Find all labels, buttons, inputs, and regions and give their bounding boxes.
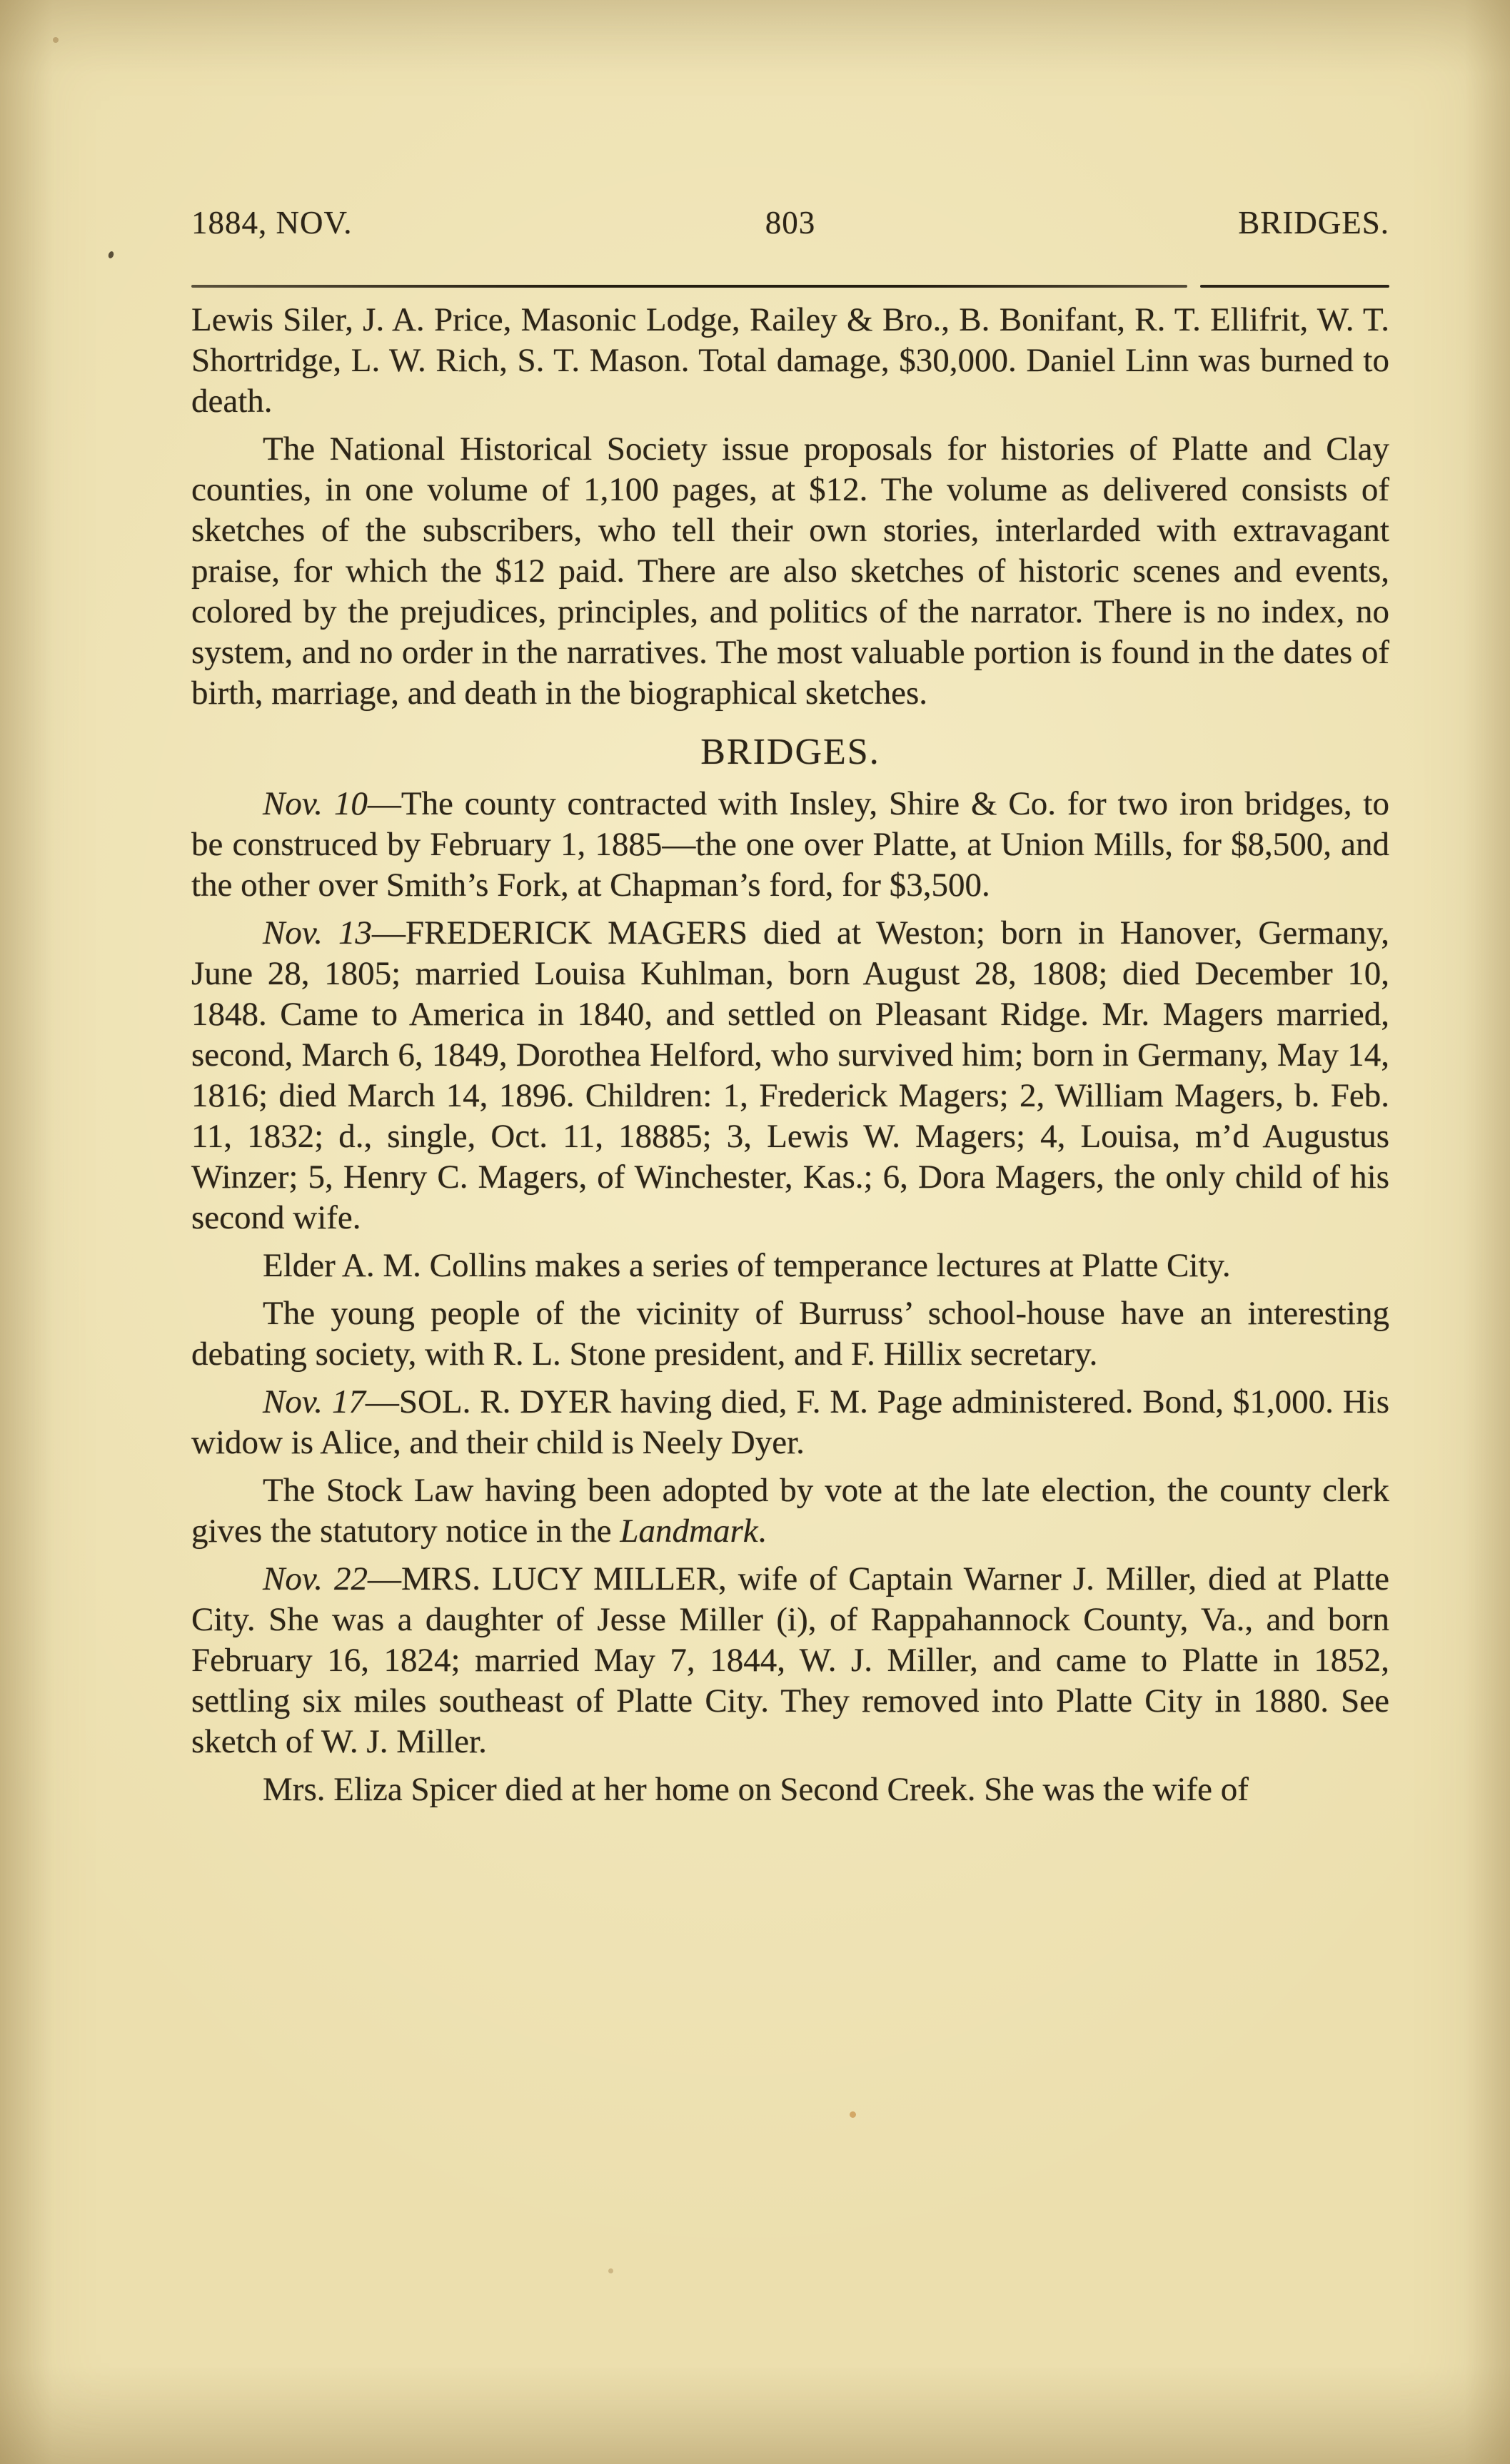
text-run: The Stock Law having been adopted by vot… — [191, 1472, 1389, 1550]
foxing-speck — [850, 2111, 856, 2118]
paragraph: The Stock Law having been adopted by vot… — [191, 1470, 1389, 1552]
paragraph: Nov. 10—The county contracted with Insle… — [191, 784, 1389, 906]
text-run: . — [758, 1513, 767, 1550]
paragraph: The young people of the vicinity of Burr… — [191, 1293, 1389, 1375]
paragraph: The National Historical Society issue pr… — [191, 429, 1389, 714]
header-section: BRIDGES. — [1238, 204, 1389, 241]
header-date: 1884, NOV. — [191, 204, 352, 241]
header-rule-short — [1200, 285, 1389, 288]
text-run: —MRS. LUCY MILLER, wife of Captain Warne… — [191, 1560, 1389, 1760]
paragraph: Nov. 17—SOL. R. DYER having died, F. M. … — [191, 1382, 1389, 1463]
paragraph: Nov. 13—FREDERICK MAGERS died at Weston;… — [191, 913, 1389, 1238]
ink-speck — [108, 251, 115, 259]
text-run: The young people of the vicinity of Burr… — [191, 1295, 1389, 1373]
header-rule-long — [191, 285, 1187, 288]
text-run: Lewis Siler, J. A. Price, Masonic Lodge,… — [191, 301, 1389, 420]
header-rule — [191, 284, 1389, 288]
page-number: 803 — [765, 204, 816, 241]
italic-run: Nov. 22 — [263, 1560, 368, 1597]
paper-speck — [53, 37, 59, 43]
text-run: Elder A. M. Collins makes a series of te… — [263, 1247, 1231, 1284]
paragraph: Mrs. Eliza Spicer died at her home on Se… — [191, 1769, 1389, 1810]
paragraph: Lewis Siler, J. A. Price, Masonic Lodge,… — [191, 300, 1389, 422]
text-run: The National Historical Society issue pr… — [191, 430, 1389, 712]
page-header: 1884, NOV. 803 BRIDGES. — [191, 204, 1389, 243]
italic-run: Nov. 10 — [263, 785, 368, 822]
text-run: —FREDERICK MAGERS died at Weston; born i… — [191, 914, 1389, 1236]
italic-run: Landmark — [620, 1513, 757, 1550]
section-heading: BRIDGES. — [191, 731, 1389, 774]
book-page-scan: 1884, NOV. 803 BRIDGES. Lewis Siler, J. … — [0, 0, 1510, 2464]
italic-run: Nov. 17 — [263, 1383, 366, 1420]
text-run: —SOL. R. DYER having died, F. M. Page ad… — [191, 1383, 1389, 1461]
text-run: Mrs. Eliza Spicer died at her home on Se… — [263, 1771, 1249, 1808]
text-run: —The county contracted with Insley, Shir… — [191, 785, 1389, 904]
paragraph: Elder A. M. Collins makes a series of te… — [191, 1246, 1389, 1286]
paragraph: Nov. 22—MRS. LUCY MILLER, wife of Captai… — [191, 1559, 1389, 1762]
page-body: Lewis Siler, J. A. Price, Masonic Lodge,… — [191, 300, 1389, 1817]
paper-speck — [608, 2268, 613, 2273]
italic-run: Nov. 13 — [263, 914, 372, 951]
